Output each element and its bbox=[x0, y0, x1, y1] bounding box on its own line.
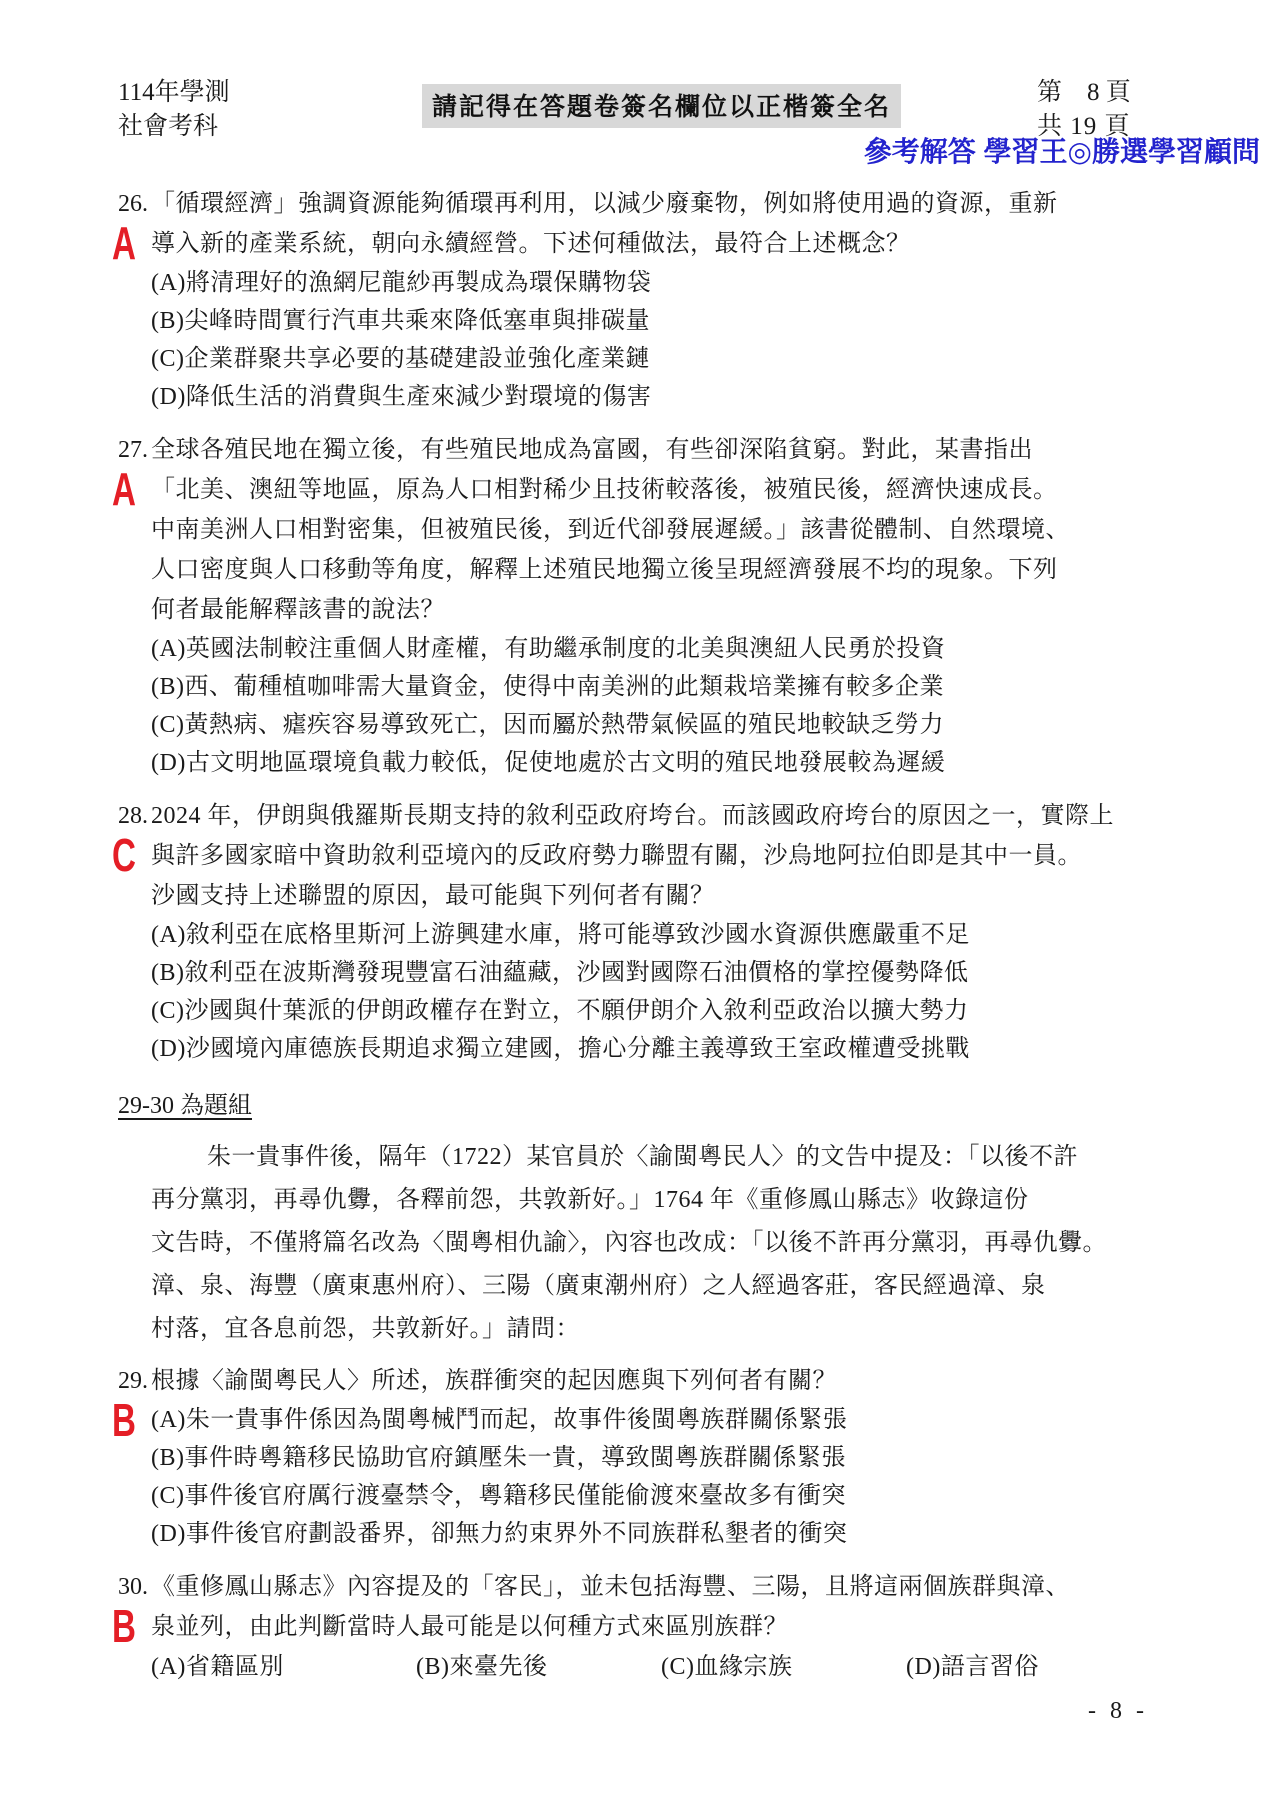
option-line: (A)省籍區別 bbox=[151, 1647, 416, 1687]
question-29: 29. B 根據〈諭閩粵民人〉所述，族群衝突的起因應與下列何者有關？ (A)朱一… bbox=[118, 1361, 1190, 1553]
option-line: (B)尖峰時間實行汽車共乘來降低塞車與排碳量 bbox=[151, 302, 1190, 340]
option-line: (C)沙國與什葉派的伊朗政權存在對立，不願伊朗介入敘利亞政治以擴大勢力 bbox=[151, 992, 1190, 1030]
signature-notice: 請記得在答題卷簽名欄位以正楷簽全名 bbox=[422, 84, 901, 128]
group-passage: 朱一貴事件後，隔年（1722）某官員於〈諭閩粵民人〉的文告中提及：「以後不許 再… bbox=[118, 1136, 1190, 1351]
option-line: (B)西、葡種植咖啡需大量資金，使得中南美洲的此類栽培業擁有較多企業 bbox=[151, 668, 1190, 706]
option-line: (C)黃熱病、瘧疾容易導致死亡，因而屬於熱帶氣候區的殖民地較缺乏勞力 bbox=[151, 706, 1190, 744]
stem-line: 與許多國家暗中資助敘利亞境內的反政府勢力聯盟有關，沙烏地阿拉伯即是其中一員。 bbox=[151, 836, 1190, 876]
option-line: (A)朱一貴事件係因為閩粵械鬥而起，故事件後閩粵族群關係緊張 bbox=[151, 1401, 1190, 1439]
answer-mark: B bbox=[112, 1603, 136, 1649]
answer-mark: B bbox=[112, 1397, 136, 1443]
option-row: (A)省籍區別 (B)來臺先後 (C)血緣宗族 (D)語言習俗 bbox=[151, 1647, 1190, 1687]
passage-line: 村落，宜各息前怨，共敦新好。」請問： bbox=[151, 1308, 1190, 1351]
option-line: (B)來臺先後 bbox=[416, 1647, 661, 1687]
exam-page: 114年學測 社會考科 請記得在答題卷簽名欄位以正楷簽全名 第 8 頁 共 19… bbox=[0, 0, 1280, 1810]
stem-line: 根據〈諭閩粵民人〉所述，族群衝突的起因應與下列何者有關？ bbox=[151, 1361, 1190, 1401]
answer-key-watermark: 參考解答 學習王◎勝選學習顧問 bbox=[864, 130, 1260, 170]
question-group-heading: 29-30 為題組 bbox=[118, 1086, 1190, 1126]
stem-line: 「循環經濟」強調資源能夠循環再利用，以減少廢棄物，例如將使用過的資源，重新 bbox=[151, 184, 1190, 224]
option-line: (C)事件後官府厲行渡臺禁令，粵籍移民僅能偷渡來臺故多有衝突 bbox=[151, 1477, 1190, 1515]
answer-mark: C bbox=[112, 832, 136, 878]
question-26: 26. A 「循環經濟」強調資源能夠循環再利用，以減少廢棄物，例如將使用過的資源… bbox=[118, 184, 1190, 416]
header-left: 114年學測 社會考科 bbox=[118, 76, 230, 144]
option-line: (C)血緣宗族 bbox=[661, 1647, 906, 1687]
option-line: (D)古文明地區環境負載力較低，促使地處於古文明的殖民地發展較為遲緩 bbox=[151, 744, 1190, 782]
footer-page-number: - 8 - bbox=[1088, 1698, 1148, 1725]
option-line: (C)企業群聚共享必要的基礎建設並強化產業鏈 bbox=[151, 340, 1190, 378]
stem-line: 人口密度與人口移動等角度，解釋上述殖民地獨立後呈現經濟發展不均的現象。下列 bbox=[151, 550, 1190, 590]
passage-line: 漳、泉、海豐（廣東惠州府）、三陽（廣東潮州府）之人經過客莊，客民經過漳、泉 bbox=[151, 1265, 1190, 1308]
option-line: (A)敘利亞在底格里斯河上游興建水庫，將可能導致沙國水資源供應嚴重不足 bbox=[151, 916, 1190, 954]
option-line: (D)降低生活的消費與生產來減少對環境的傷害 bbox=[151, 378, 1190, 416]
stem-line: 何者最能解釋該書的說法？ bbox=[151, 590, 1190, 630]
passage-line: 文告時，不僅將篇名改為〈閩粵相仇諭〉，內容也改成：「以後不許再分黨羽，再尋仇釁。 bbox=[151, 1222, 1190, 1265]
question-30: 30. B 《重修鳳山縣志》內容提及的「客民」，並未包括海豐、三陽，且將這兩個族… bbox=[118, 1567, 1190, 1687]
option-line: (D)事件後官府劃設番界，卻無力約束界外不同族群私墾者的衝突 bbox=[151, 1515, 1190, 1553]
option-line: (B)敘利亞在波斯灣發現豐富石油蘊藏，沙國對國際石油價格的掌控優勢降低 bbox=[151, 954, 1190, 992]
question-27: 27. A 全球各殖民地在獨立後，有些殖民地成為富國，有些卻深陷貧窮。對此，某書… bbox=[118, 430, 1190, 782]
option-line: (B)事件時粵籍移民協助官府鎮壓朱一貴，導致閩粵族群關係緊張 bbox=[151, 1439, 1190, 1477]
answer-mark: A bbox=[112, 220, 136, 266]
passage-line: 朱一貴事件後，隔年（1722）某官員於〈諭閩粵民人〉的文告中提及：「以後不許 bbox=[151, 1136, 1190, 1179]
stem-line: 導入新的產業系統，朝向永續經營。下述何種做法，最符合上述概念？ bbox=[151, 224, 1190, 264]
stem-line: 《重修鳳山縣志》內容提及的「客民」，並未包括海豐、三陽，且將這兩個族群與漳、 bbox=[151, 1567, 1190, 1607]
option-line: (D)沙國境內庫德族長期追求獨立建國，擔心分離主義導致王室政權遭受挑戰 bbox=[151, 1030, 1190, 1068]
question-28: 28. C 2024 年，伊朗與俄羅斯長期支持的敘利亞政府垮台。而該國政府垮台的… bbox=[118, 796, 1190, 1068]
stem-line: 泉並列，由此判斷當時人最可能是以何種方式來區別族群？ bbox=[151, 1607, 1190, 1647]
stem-line: 2024 年，伊朗與俄羅斯長期支持的敘利亞政府垮台。而該國政府垮台的原因之一，實… bbox=[151, 796, 1190, 836]
option-line: (A)將清理好的漁網尼龍紗再製成為環保購物袋 bbox=[151, 264, 1190, 302]
option-line: (D)語言習俗 bbox=[906, 1647, 1039, 1687]
exam-subject: 社會考科 bbox=[118, 110, 230, 144]
page-label: 第 8 頁 bbox=[1037, 76, 1131, 110]
stem-line: 全球各殖民地在獨立後，有些殖民地成為富國，有些卻深陷貧窮。對此，某書指出 bbox=[151, 430, 1190, 470]
answer-mark: A bbox=[112, 466, 136, 512]
passage-line: 再分黨羽，再尋仇釁，各釋前怨，共敦新好。」1764 年《重修鳳山縣志》收錄這份 bbox=[151, 1179, 1190, 1222]
stem-line: 「北美、澳紐等地區，原為人口相對稀少且技術較落後，被殖民後，經濟快速成長。 bbox=[151, 470, 1190, 510]
question-area: 26. A 「循環經濟」強調資源能夠循環再利用，以減少廢棄物，例如將使用過的資源… bbox=[118, 184, 1190, 1701]
exam-title: 114年學測 bbox=[118, 76, 230, 110]
option-line: (A)英國法制較注重個人財產權，有助繼承制度的北美與澳紐人民勇於投資 bbox=[151, 630, 1190, 668]
stem-line: 沙國支持上述聯盟的原因，最可能與下列何者有關？ bbox=[151, 876, 1190, 916]
stem-line: 中南美洲人口相對密集，但被殖民後，到近代卻發展遲緩。」該書從體制、自然環境、 bbox=[151, 510, 1190, 550]
